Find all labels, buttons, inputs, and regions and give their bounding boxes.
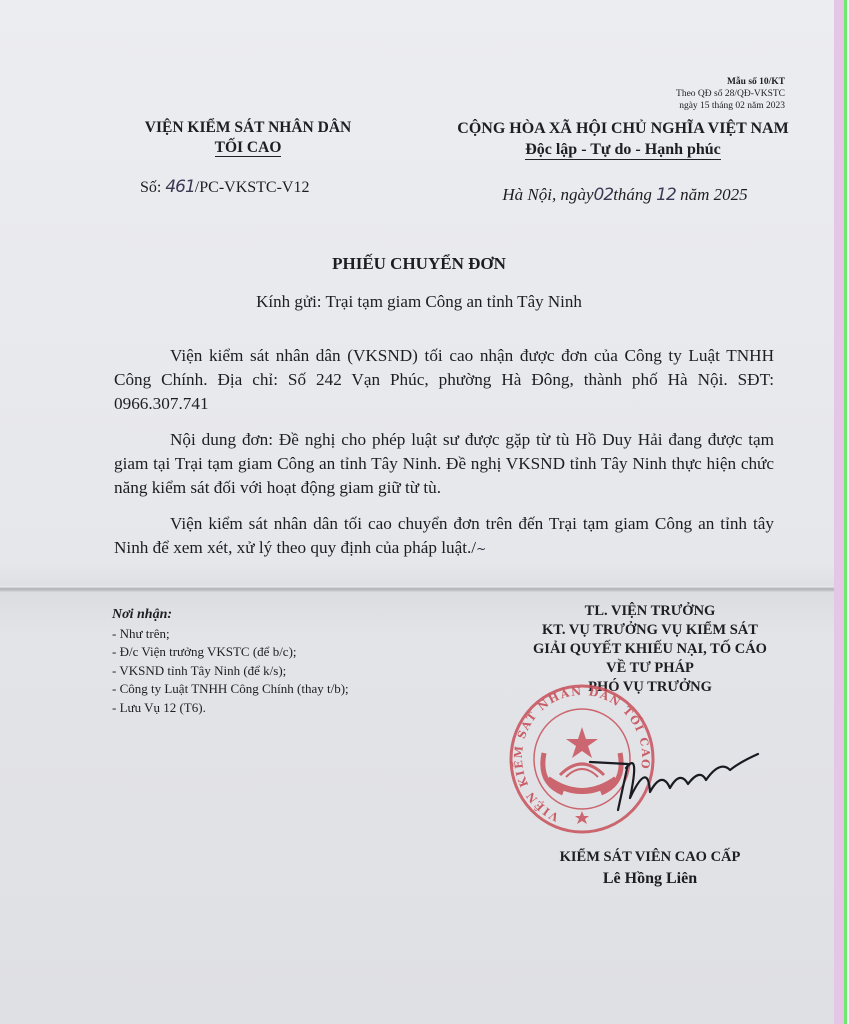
authority-line: KT. VỤ TRƯỞNG VỤ KIỂM SÁT <box>490 621 810 640</box>
addressee: Kính gửi: Trại tạm giam Công an tỉnh Tây… <box>0 292 838 312</box>
recipient-item: - Lưu Vụ 12 (T6). <box>112 699 349 718</box>
form-code-line2: Theo QĐ số 28/QĐ-VKSTC <box>650 88 785 100</box>
paragraph-1: Viện kiểm sát nhân dân (VKSND) tối cao n… <box>114 344 774 416</box>
end-initial-mark: ~ <box>476 542 486 556</box>
form-code-line1: Mẫu số 10/KT <box>650 76 785 88</box>
document-body: Viện kiểm sát nhân dân (VKSND) tối cao n… <box>114 344 774 573</box>
form-code: Mẫu số 10/KT Theo QĐ số 28/QĐ-VKSTC ngày… <box>650 76 785 112</box>
agency-line2: TỐI CAO <box>215 139 282 157</box>
recipient-item: - VKSND tỉnh Tây Ninh (để k/s); <box>112 662 349 681</box>
date-month-label: tháng <box>613 185 652 204</box>
document-number: Số: 461/PC-VKSTC-V12 <box>140 177 309 197</box>
paragraph-2: Nội dung đơn: Đề nghị cho phép luật sư đ… <box>114 428 774 500</box>
dateline: Hà Nội, ngày02tháng 12 năm 2025 <box>470 185 780 205</box>
signer: KIỂM SÁT VIÊN CAO CẤP Lê Hồng Liên <box>490 846 810 890</box>
handwritten-number: 461 <box>165 177 194 197</box>
paragraph-3-text: Viện kiểm sát nhân dân tối cao chuyển đơ… <box>114 514 774 557</box>
authority-line: VỀ TƯ PHÁP <box>490 659 810 678</box>
paragraph-3: Viện kiểm sát nhân dân tối cao chuyển đơ… <box>114 512 774 561</box>
handwritten-signature <box>570 740 770 820</box>
document-title: PHIẾU CHUYỂN ĐƠN <box>0 254 838 274</box>
authority-line: TL. VIỆN TRƯỞNG <box>490 602 810 621</box>
national-motto: Độc lập - Tự do - Hạnh phúc <box>525 141 721 160</box>
agency-line1: VIỆN KIỂM SÁT NHÂN DÂN <box>108 118 388 138</box>
national-header: CỘNG HÒA XÃ HỘI CHỦ NGHĨA VIỆT NAM Độc l… <box>438 118 808 160</box>
country-name: CỘNG HÒA XÃ HỘI CHỦ NGHĨA VIỆT NAM <box>438 118 808 139</box>
handwritten-day: 02 <box>594 185 614 205</box>
date-year: năm 2025 <box>680 185 748 204</box>
recipients-list: Nơi nhận: - Như trên; - Đ/c Viện trưởng … <box>112 606 349 717</box>
scan-edge <box>834 0 844 1024</box>
form-code-line3: ngày 15 tháng 02 năm 2023 <box>650 100 785 112</box>
issuing-agency: VIỆN KIỂM SÁT NHÂN DÂN TỐI CAO <box>108 118 388 158</box>
authority-line: GIẢI QUYẾT KHIẾU NẠI, TỐ CÁO <box>490 640 810 659</box>
number-suffix: /PC-VKSTC-V12 <box>195 179 310 196</box>
recipients-heading: Nơi nhận: <box>112 606 349 625</box>
recipient-item: - Công ty Luật TNHH Công Chính (thay t/b… <box>112 680 349 699</box>
recipient-item: - Như trên; <box>112 625 349 644</box>
paper-fold-crease <box>0 586 838 592</box>
recipient-item: - Đ/c Viện trưởng VKSTC (để b/c); <box>112 643 349 662</box>
handwritten-month: 12 <box>656 185 676 205</box>
signer-title: KIỂM SÁT VIÊN CAO CẤP <box>490 846 810 868</box>
signer-name: Lê Hồng Liên <box>490 868 810 890</box>
number-prefix: Số: <box>140 179 161 196</box>
date-place: Hà Nội, ngày <box>502 185 593 204</box>
